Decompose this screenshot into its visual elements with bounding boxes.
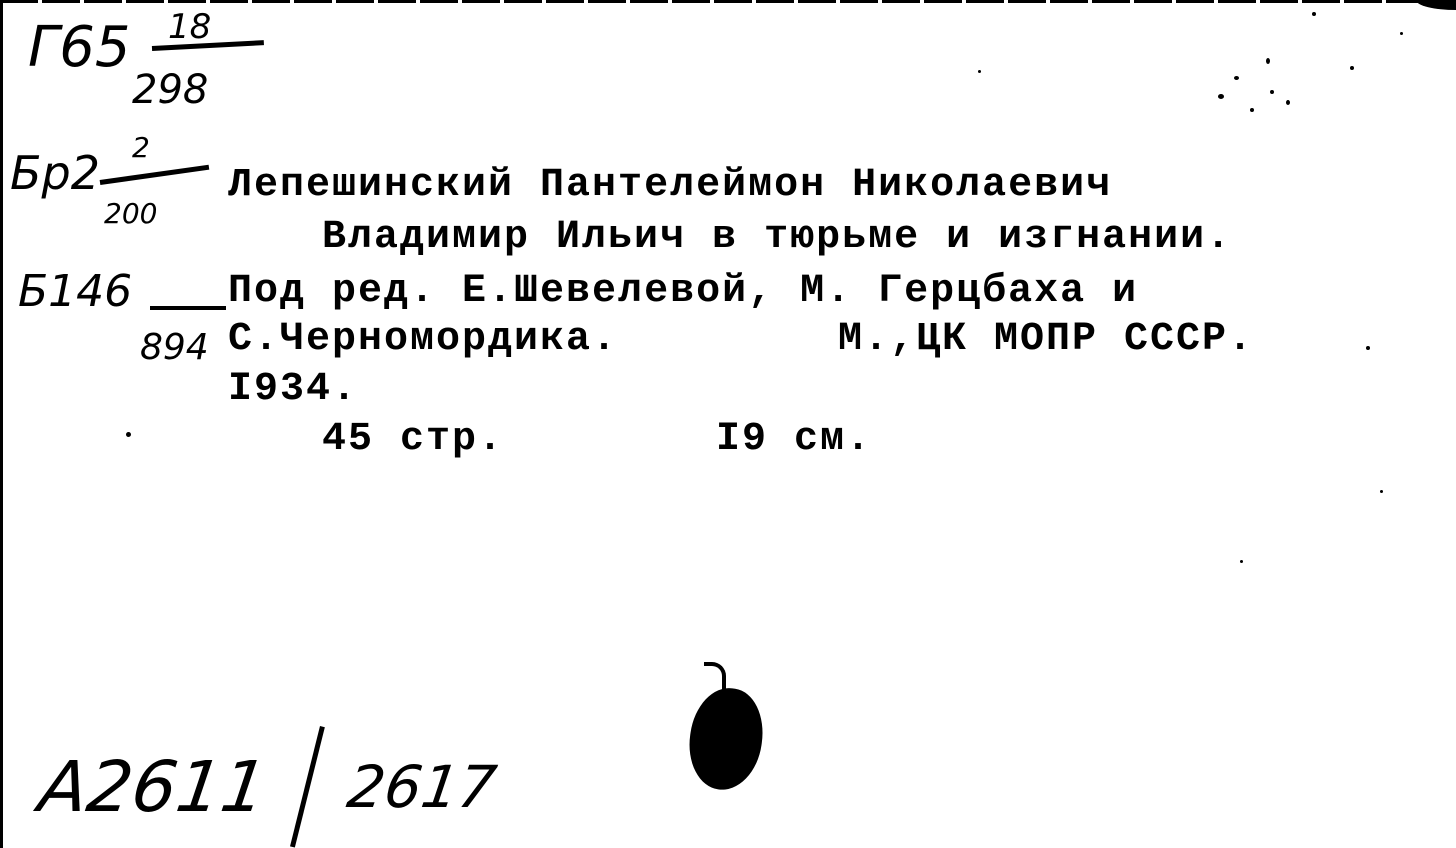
inventory-number-right: 2617 (344, 758, 500, 816)
scan-speckle (126, 432, 131, 437)
shelfmark-left-dash (150, 306, 226, 310)
scan-speckle (1270, 90, 1274, 94)
shelfmark-mid-denominator: 200 (104, 200, 157, 228)
inventory-slash (290, 726, 325, 848)
shelfmark-left-line1: Б146 (18, 270, 132, 314)
scan-speckle (1400, 32, 1403, 35)
scan-speckle (1380, 490, 1383, 493)
shelfmark-top-prefix: Г65 (28, 20, 130, 76)
ink-blot (683, 683, 768, 794)
editors-line-2: С.Черномордика. (228, 320, 618, 360)
scan-speckle (1266, 58, 1270, 64)
book-title: Владимир Ильич в тюрьме и изгнании. (322, 218, 1232, 258)
scan-speckle (1240, 560, 1243, 563)
shelfmark-top-numerator: 18 (168, 10, 211, 44)
inventory-number-left: А2611 (35, 752, 271, 822)
editors-line-1: Под ред. Е.Шевелевой, М. Герцбаха и (228, 272, 1138, 312)
shelfmark-mid-fraction-line (100, 165, 210, 185)
scan-speckle (1350, 66, 1354, 70)
scan-speckle (978, 70, 981, 73)
scan-speckle (1366, 346, 1370, 350)
card-corner (1416, 0, 1456, 10)
page-count: 45 стр. (322, 420, 504, 460)
scan-speckle (1250, 108, 1254, 112)
scan-speckle (1234, 76, 1239, 80)
publisher: М.,ЦК МОПР СССР. (838, 320, 1254, 360)
author-name: Лепешинский Пантелеймон Николаевич (228, 166, 1112, 206)
publication-year: I934. (228, 370, 358, 410)
shelfmark-left-line2: 894 (140, 330, 209, 366)
book-size: I9 см. (716, 420, 872, 460)
card-left-border (0, 0, 3, 848)
scan-speckle (1286, 100, 1290, 105)
ink-blot-tail (704, 662, 726, 690)
shelfmark-mid-prefix: Бр2 (10, 150, 100, 196)
card-top-border (0, 0, 1456, 3)
shelfmark-mid-numerator: 2 (132, 134, 150, 162)
scan-speckle (1312, 12, 1316, 16)
shelfmark-top-denominator: 298 (132, 70, 208, 110)
catalog-card: Г65 18 298 Бр2 2 200 Лепешинский Пантеле… (0, 0, 1456, 848)
scan-speckle (1218, 94, 1224, 99)
